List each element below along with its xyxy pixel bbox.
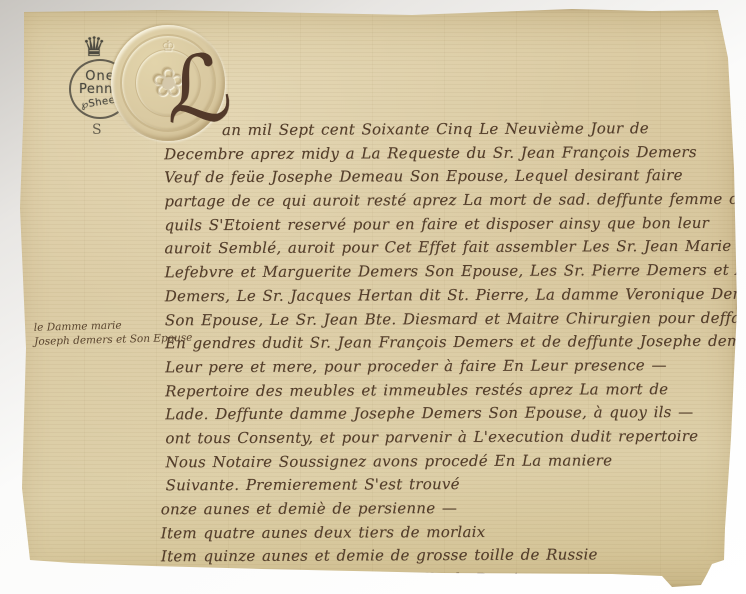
stamp-letter-s: S bbox=[92, 122, 102, 138]
crown-icon: ♛ bbox=[82, 34, 106, 61]
manuscript-line: auroit Semblé, auroit pour Cet Effet fai… bbox=[164, 235, 730, 261]
manuscript-line: partage de ce qui auroit resté aprez La … bbox=[164, 188, 730, 214]
manuscript-line: Demers, Le Sr. Jacques Hertan dit St. Pi… bbox=[165, 283, 731, 309]
document-photo: ♛ One Penny ℘Sheet S ♔ ❀ ℒ le Damme mari… bbox=[0, 0, 746, 594]
margin-note: le Damme marie Joseph demers et Son Epou… bbox=[34, 317, 177, 349]
manuscript-line: Veuf de feüe Josephe Demeau Son Epouse, … bbox=[164, 164, 730, 190]
manuscript-line: an mil Sept cent Soixante Cinq Le Neuviè… bbox=[164, 117, 730, 143]
manuscript-line: Decembre aprez midy a La Requeste du Sr.… bbox=[164, 140, 730, 166]
manuscript-line: Leur pere et mere, pour proceder à faire… bbox=[165, 354, 731, 380]
manuscript-line: Suivante. Premierement S'est trouvé bbox=[166, 472, 732, 498]
manuscript-paper: ♛ One Penny ℘Sheet S ♔ ❀ ℒ le Damme mari… bbox=[12, 8, 738, 588]
manuscript-line: Repertoire des meubles et immeubles rest… bbox=[165, 377, 731, 403]
manuscript-line: Son Epouse, Le Sr. Jean Bte. Diesmard et… bbox=[165, 306, 731, 332]
manuscript-line: onze aunes et demiè de persienne — bbox=[161, 496, 732, 522]
manuscript-line: Item seize aunes et demie de toille de R… bbox=[161, 567, 732, 593]
manuscript-line: En gendres dudit Sr. Jean François Demer… bbox=[165, 330, 731, 356]
manuscript-line: ont tous Consenty, et pour parvenir à L'… bbox=[165, 425, 731, 451]
manuscript-line: Lefebvre et Marguerite Demers Son Epouse… bbox=[165, 259, 731, 285]
manuscript-line: Item quatre aunes deux tiers de morlaix bbox=[161, 519, 732, 545]
manuscript-line: Lade. Deffunte damme Josephe Demers Son … bbox=[165, 401, 731, 427]
manuscript-body: an mil Sept cent Soixante Cinq Le Neuviè… bbox=[164, 117, 732, 593]
manuscript-line: quils S'Etoient reservé pour en faire et… bbox=[164, 212, 730, 238]
manuscript-line: Nous Notaire Soussignez avons procedé En… bbox=[165, 448, 731, 474]
manuscript-line: Item quinze aunes et demie de grosse toi… bbox=[161, 543, 732, 569]
